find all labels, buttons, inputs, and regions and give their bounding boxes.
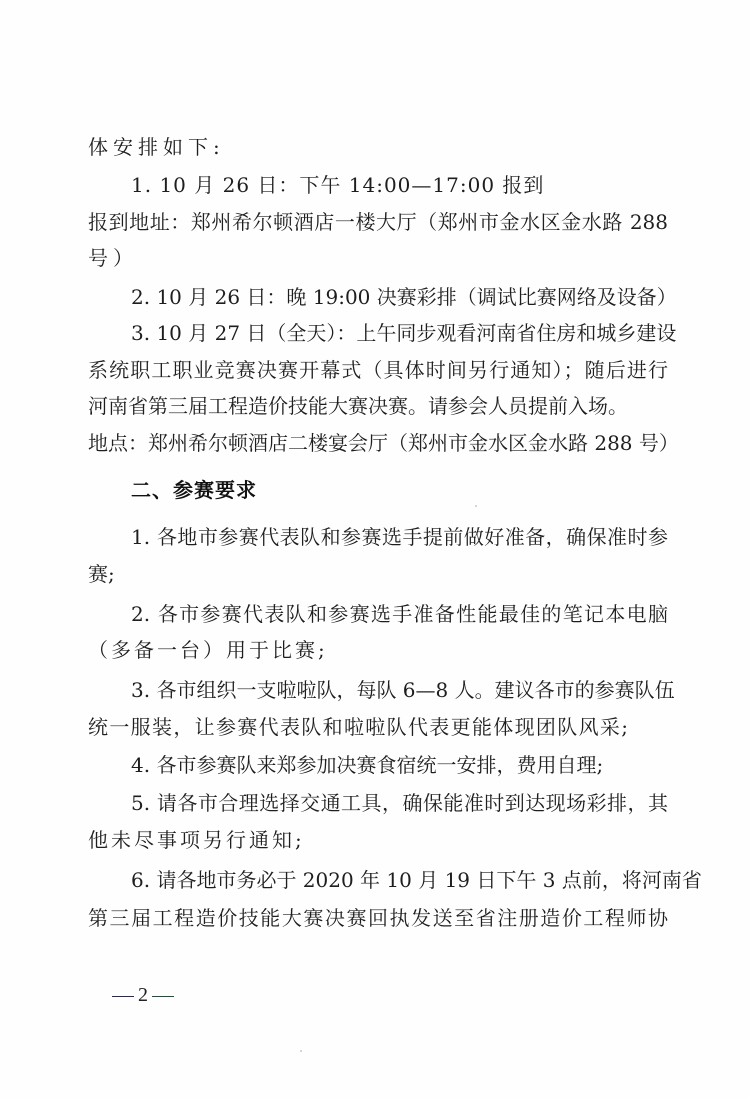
dash-left xyxy=(112,996,134,997)
text-line: 统一服装，让参赛代表队和啦啦队代表更能体现团队风采; xyxy=(88,712,628,742)
text-line: 系统职工职业竞赛决赛开幕式（具体时间另行通知）；随后进行 xyxy=(88,355,668,385)
requirement-item-6: 6. 请各地市务必于 2020 年 10 月 19 日下午 3 点前，将河南省 xyxy=(131,865,668,895)
schedule-item-3: 3. 10 月 27 日（全天）：上午同步观看河南省住房和城乡建设 xyxy=(131,318,668,348)
text-line: 他未尽事项另行通知; xyxy=(88,825,668,855)
text-line: （多备一台）用于比赛; xyxy=(88,635,668,665)
text-line: 号） xyxy=(88,243,668,273)
text-line: 赛; xyxy=(88,559,668,589)
page-number-value: 2 xyxy=(134,984,152,1006)
scan-speck xyxy=(475,505,477,507)
dash-right xyxy=(152,996,174,997)
requirement-item-4: 4. 各市参赛队来郑参加决赛食宿统一安排，费用自理; xyxy=(131,750,511,780)
venue-line: 地点：郑州希尔顿酒店二楼宴会厅（郑州市金水区金水路 288 号） xyxy=(88,428,668,458)
text-line: 体安排如下: xyxy=(88,132,668,162)
text-line: 第三届工程造价技能大赛决赛回执发送至省注册造价工程师协 xyxy=(88,903,668,933)
scan-speck xyxy=(300,1050,302,1052)
text-line: 报到地址：郑州希尔顿酒店一楼大厅（郑州市金水区金水路 288 xyxy=(88,207,668,237)
schedule-item-1: 1. 10 月 26 日：下午 14:00—17:00 报到 xyxy=(131,170,668,200)
requirement-item-2: 2. 各市参赛代表队和参赛选手准备性能最佳的笔记本电脑 xyxy=(131,599,668,629)
text-line: 河南省第三届工程造价技能大赛决赛。请参会人员提前入场。 xyxy=(88,391,608,421)
section-heading: 二、参赛要求 xyxy=(131,475,668,505)
requirement-item-3: 3. 各市组织一支啦啦队，每队 6—8 人。建议各市的参赛队伍 xyxy=(131,675,668,705)
requirement-item-1: 1. 各地市参赛代表队和参赛选手提前做好准备，确保准时参 xyxy=(131,522,668,552)
schedule-item-2: 2. 10 月 26 日：晚 19:00 决赛彩排（调试比赛网络及设备） xyxy=(131,282,643,312)
requirement-item-5: 5. 请各市合理选择交通工具，确保能准时到达现场彩排，其 xyxy=(131,788,668,818)
document-page: 体安排如下: 1. 10 月 26 日：下午 14:00—17:00 报到 报到… xyxy=(0,0,750,1099)
page-number: 2 xyxy=(112,980,174,1010)
